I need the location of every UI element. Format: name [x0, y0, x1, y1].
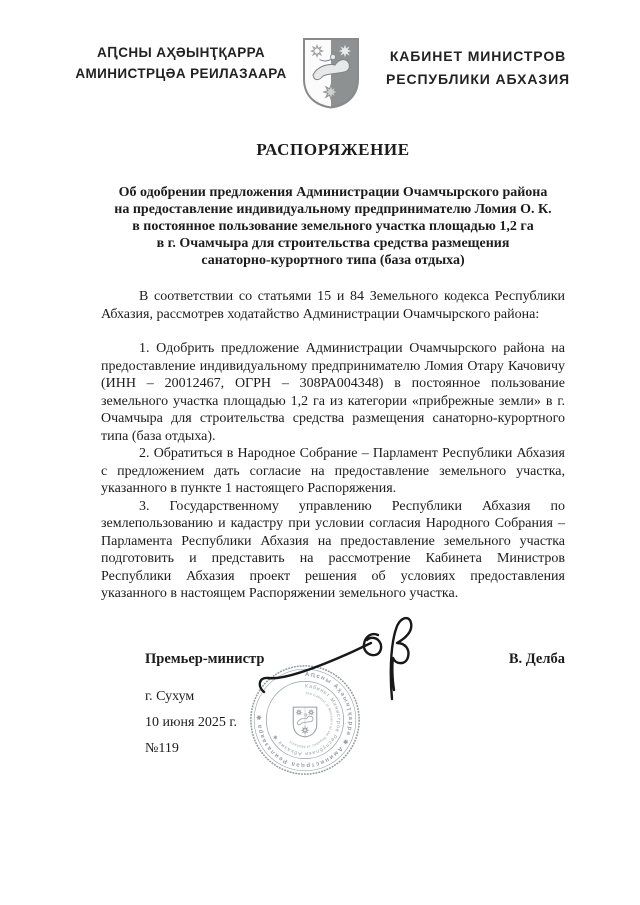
subject-line: в г. Очамчыра для строительства средства…: [101, 235, 565, 252]
body-paragraph-item-2: 2. Обратиться в Народное Собрание – Парл…: [101, 445, 565, 498]
subject-line: Об одобрении предложения Администрации О…: [101, 184, 565, 201]
org-name-russian-line2: РЕСПУБЛИКИ АБХАЗИЯ: [352, 68, 604, 91]
document-paragraphs: В соответствии со статьями 15 и 84 Земел…: [101, 288, 565, 603]
org-name-abkhaz: АԤСНЫ АҲӘЫНҬҚАРРА АМИНИСТРЦӘА РЕИЛАЗААРА: [40, 42, 322, 84]
document-content: РАСПОРЯЖЕНИЕ Об одобрении предложения Ад…: [101, 140, 565, 603]
body-paragraph-preamble: В соответствии со статьями 15 и 84 Земел…: [101, 288, 565, 323]
issue-number: №119: [145, 736, 237, 762]
org-name-russian-line1: КАБИНЕТ МИНИСТРОВ: [352, 45, 604, 68]
body-paragraph-item-3: 3. Государственному управлению Республик…: [101, 498, 565, 603]
issue-date: 10 июня 2025 г.: [145, 710, 237, 736]
issue-details: г. Сухум 10 июня 2025 г. №119: [145, 684, 237, 762]
signer-name: В. Делба: [509, 651, 565, 668]
subject-line: в постоянное пользование земельного учас…: [101, 218, 565, 235]
subject-line: на предоставление индивидуальному предпр…: [101, 201, 565, 218]
org-name-abkhaz-line2: АМИНИСТРЦӘА РЕИЛАЗААРА: [40, 63, 322, 84]
document-title: РАСПОРЯЖЕНИЕ: [101, 140, 565, 160]
org-name-abkhaz-line1: АԤСНЫ АҲӘЫНҬҚАРРА: [40, 42, 322, 63]
subject-line: санаторно-курортного типа (база отдыха): [101, 252, 565, 269]
stamp-center-shield: [293, 707, 316, 737]
handwritten-signature: [252, 606, 422, 711]
body-paragraph-item-1: 1. Одобрить предложение Администрации Оч…: [101, 340, 565, 445]
issue-place: г. Сухум: [145, 684, 237, 710]
document-subject: Об одобрении предложения Администрации О…: [101, 184, 565, 269]
document-page: АԤСНЫ АҲӘЫНҬҚАРРА АМИНИСТРЦӘА РЕИЛАЗААРА…: [0, 0, 640, 905]
org-name-russian: КАБИНЕТ МИНИСТРОВ РЕСПУБЛИКИ АБХАЗИЯ: [352, 45, 604, 91]
